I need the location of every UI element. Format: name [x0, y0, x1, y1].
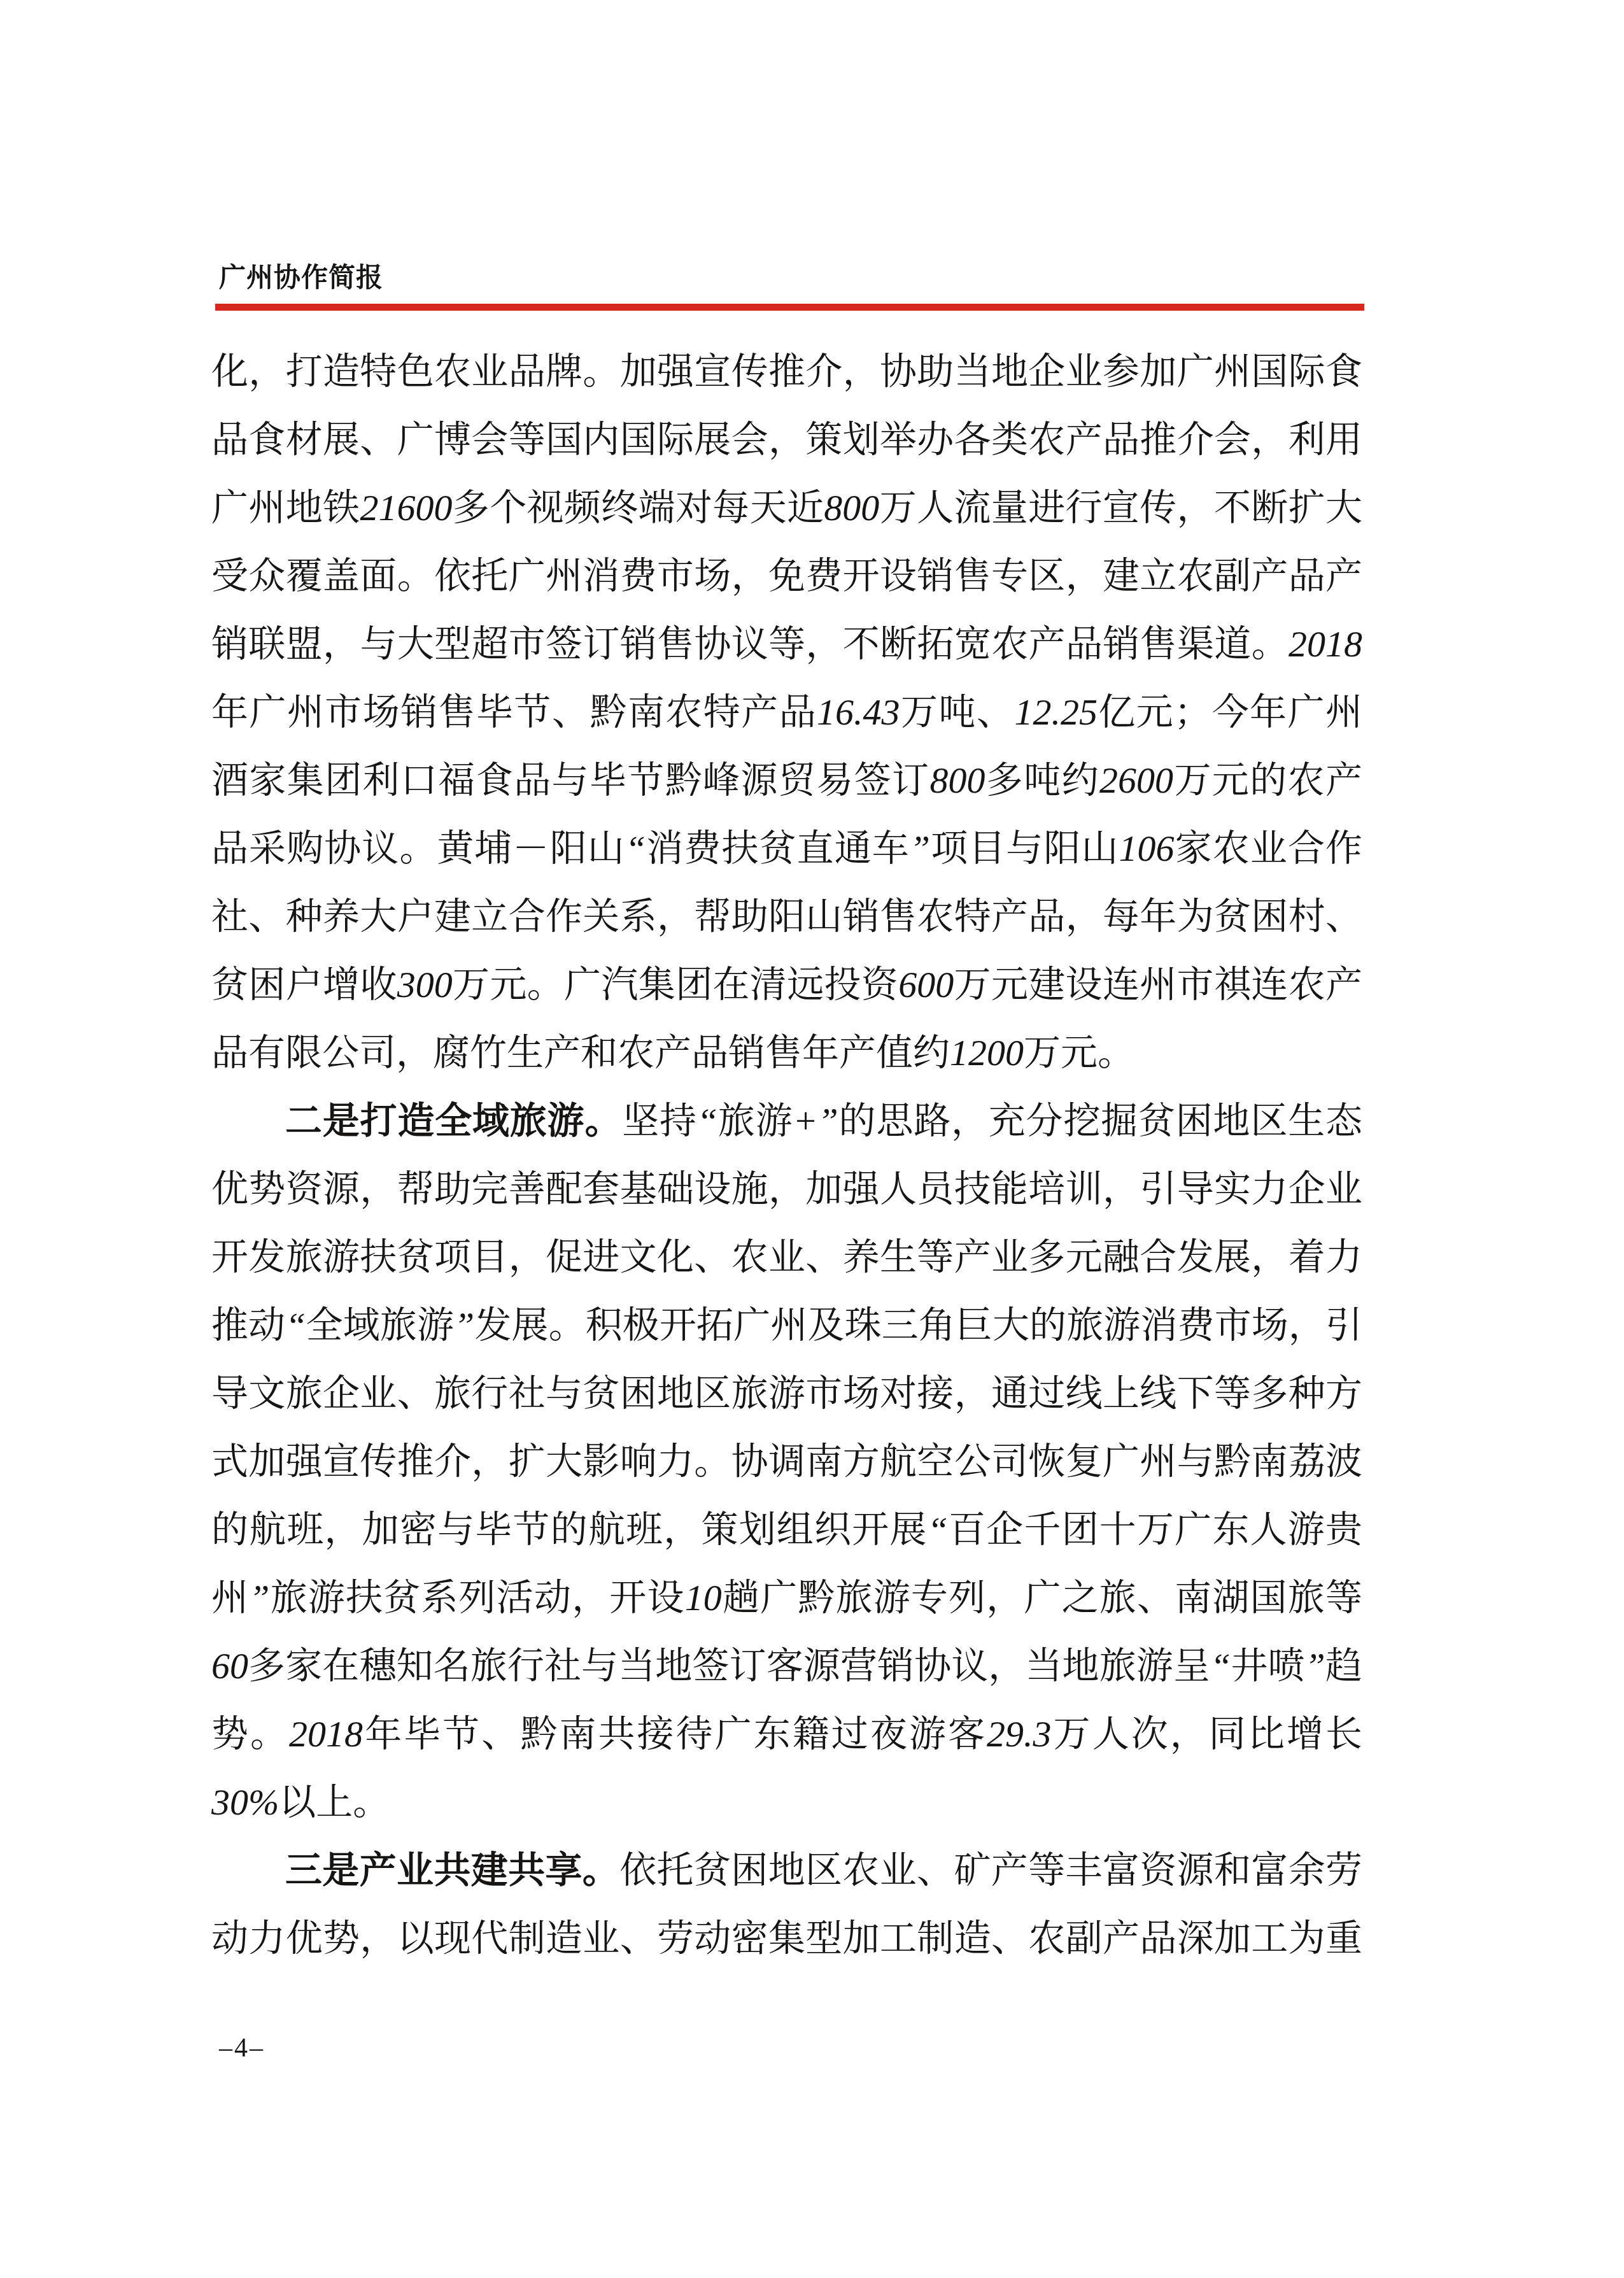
body-text: 化，打造特色农业品牌。加强宣传推介，协助当地企业参加广州国际食品食材展、广博会等… — [211, 337, 1362, 1972]
document-page: 广州协作简报 化，打造特色农业品牌。加强宣传推介，协助当地企业参加广州国际食品食… — [0, 0, 1624, 2278]
paragraph-lead: 三是产业共建共享。 — [285, 1850, 619, 1891]
masthead-red-rule — [215, 304, 1364, 311]
paragraph-lead: 二是打造全域旅游。 — [285, 1100, 622, 1142]
paragraph: 三是产业共建共享。依托贫困地区农业、矿产等丰富资源和富余劳动力优势，以现代制造业… — [211, 1836, 1362, 1972]
paragraph: 二是打造全域旅游。坚持“旅游+”的思路，充分挖掘贫困地区生态优势资源，帮助完善配… — [211, 1087, 1362, 1836]
page-number: –4– — [219, 2032, 265, 2064]
paragraph: 化，打造特色农业品牌。加强宣传推介，协助当地企业参加广州国际食品食材展、广博会等… — [211, 337, 1362, 1087]
masthead-title: 广州协作简报 — [219, 262, 383, 294]
